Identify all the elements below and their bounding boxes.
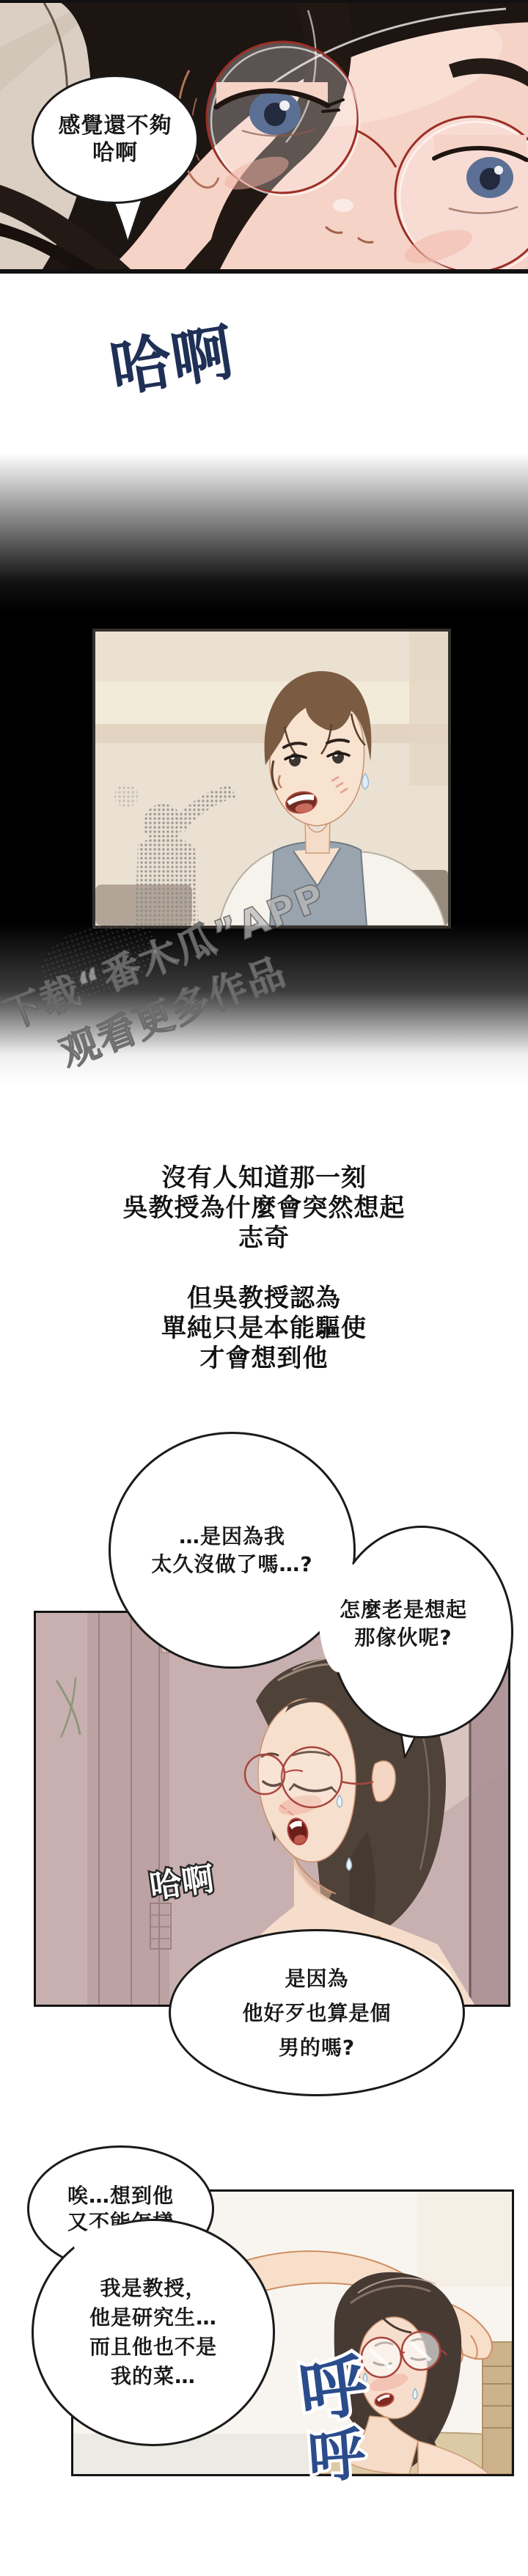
bubble6-line3: 而且他也不是 (89, 2332, 217, 2362)
sfx-haa-dark-fill: 哈啊 (105, 315, 238, 406)
bubble6-line4: 我的菜… (111, 2362, 196, 2391)
sfx-hu-big-fill: 呼 (295, 2346, 371, 2432)
speech-bubble-1: 感覺還不夠 哈啊 (32, 75, 199, 204)
sfx-hu-big: 呼 呼 (296, 2352, 371, 2428)
thought-bubble-2: …是因為我 太久沒做了嗎…? (109, 1432, 356, 1669)
bubble4-line2: 他好歹也算是個 (242, 1996, 391, 2030)
bubble4-line3: 男的嗎? (279, 2030, 355, 2065)
bubble2-line2: 太久沒做了嗎…? (151, 1551, 312, 1578)
sfx-hu-small: 呼 呼 (306, 2426, 367, 2487)
sfx-haa-light: 哈啊 哈啊 (147, 1863, 216, 1904)
bubble5-line1: 唉…想到他 (67, 2183, 174, 2209)
panel-flashback-man (92, 629, 451, 929)
thought-bubble-4: 是因為 他好歹也算是個 男的嗎? (169, 1929, 465, 2096)
narration1-line1: 沒有人知道那一刻 (0, 1163, 528, 1193)
bubble3-line1: 怎麼老是想起 (326, 1596, 480, 1624)
narration-block-2: 但吳教授認為 單純只是本能驅使 才會想到他 (0, 1284, 528, 1374)
sfx-haa-dark: 哈啊 哈啊 (106, 321, 237, 400)
narration1-line2: 吳教授為什麼會突然想起 (0, 1193, 528, 1223)
bubble4-line1: 是因為 (285, 1961, 348, 1996)
bubble3-line2: 那傢伙呢? (326, 1624, 480, 1652)
bubble3-text: 怎麼老是想起 那傢伙呢? (326, 1596, 480, 1652)
bubble6-line2: 他是研究生… (89, 2303, 217, 2332)
narration2-line2: 單純只是本能驅使 (0, 1314, 528, 1344)
bubble6-line1: 我是教授， (100, 2274, 206, 2303)
bubble1-line1: 感覺還不夠 (59, 112, 172, 139)
bubble2-line1: …是因為我 (179, 1523, 285, 1551)
bubble-junction-eraser-2 (74, 2224, 199, 2268)
comic-page: 感覺還不夠 哈啊 哈啊 哈啊 (0, 0, 528, 2576)
narration-block-1: 沒有人知道那一刻 吳教授為什麼會突然想起 志奇 (0, 1163, 528, 1254)
bubble1-line2: 哈啊 (92, 139, 138, 167)
flashback-man-illustration (95, 632, 448, 926)
narration1-line3: 志奇 (0, 1223, 528, 1254)
narration2-line1: 但吳教授認為 (0, 1284, 528, 1314)
sfx-hu-small-fill: 呼 (306, 2421, 367, 2491)
narration2-line3: 才會想到他 (0, 1344, 528, 1374)
